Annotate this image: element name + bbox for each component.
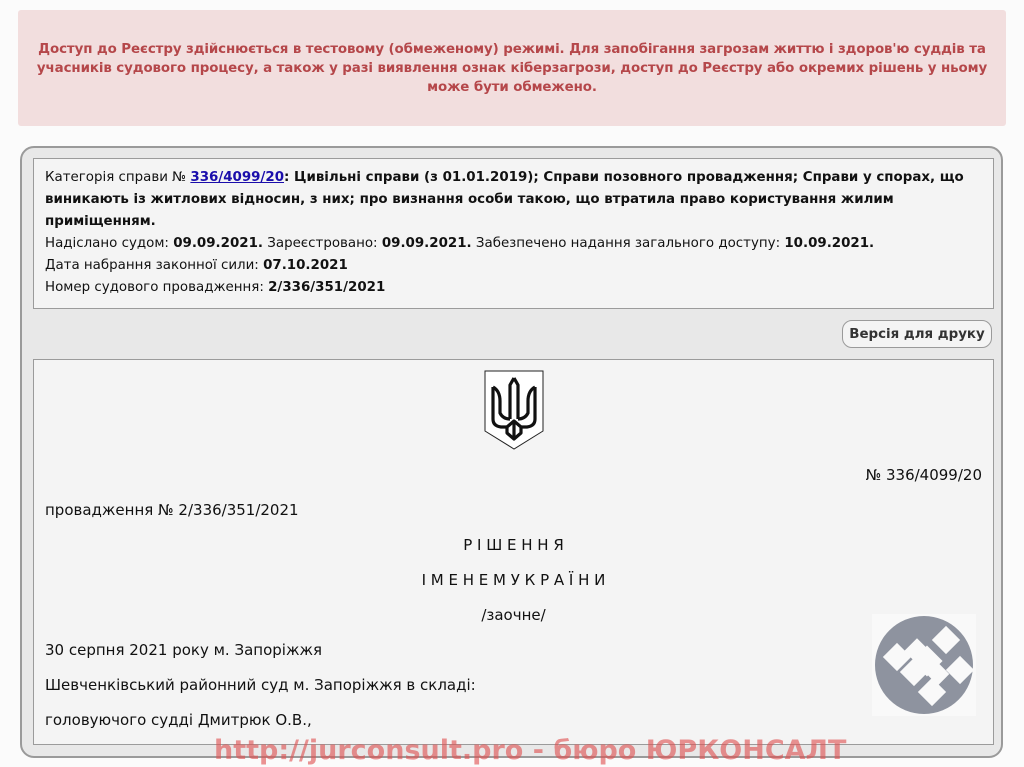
- trident-coat-of-arms-icon: [483, 369, 545, 451]
- category-label: Категорія справи №: [45, 170, 190, 185]
- print-version-button[interactable]: Версія для друку: [842, 320, 992, 348]
- case-number-link[interactable]: 336/4099/20: [190, 170, 284, 185]
- case-category: Категорія справи № 336/4099/20: Цивільні…: [45, 167, 982, 233]
- access-date: 10.09.2021.: [784, 236, 874, 251]
- watermark-text: http://jurconsult.pro - бюро ЮРКОНСАЛТ: [214, 733, 846, 767]
- document-judge: головуючого судді Дмитрюк О.В.,: [45, 711, 312, 729]
- document-case-number: № 336/4099/20: [866, 466, 982, 484]
- document-title: Р І Ш Е Н Н Я: [34, 536, 993, 554]
- access-notice-banner: Доступ до Реєстру здійснюється в тестово…: [18, 10, 1006, 126]
- registered-label: Зареєстровано:: [263, 236, 382, 251]
- dates-line: Надіслано судом: 09.09.2021. Зареєстрова…: [45, 233, 982, 255]
- effective-date: 07.10.2021: [263, 258, 348, 273]
- registered-date: 09.09.2021.: [382, 236, 472, 251]
- document-court: Шевченківський районний суд м. Запоріжжя…: [45, 676, 476, 694]
- document-subtitle: І М Е Н Е М У К Р А Ї Н И: [34, 571, 993, 589]
- sent-label: Надіслано судом:: [45, 236, 173, 251]
- document-date-place: 30 серпня 2021 року м. Запоріжжя: [45, 641, 322, 659]
- jurconsult-logo-icon: [872, 614, 976, 716]
- decision-document: № 336/4099/20 провадження № 2/336/351/20…: [33, 359, 994, 745]
- proceeding-number-line: Номер судового провадження: 2/336/351/20…: [45, 277, 982, 299]
- document-proceeding: провадження № 2/336/351/2021: [45, 501, 299, 519]
- proceeding-label: Номер судового провадження:: [45, 280, 268, 295]
- decision-container: Категорія справи № 336/4099/20: Цивільні…: [20, 146, 1003, 758]
- document-type: /заочне/: [34, 606, 993, 624]
- effective-label: Дата набрання законної сили:: [45, 258, 263, 273]
- proceeding-number: 2/336/351/2021: [268, 280, 385, 295]
- sent-date: 09.09.2021.: [173, 236, 263, 251]
- access-notice-text: Доступ до Реєстру здійснюється в тестово…: [34, 40, 990, 97]
- case-info-box: Категорія справи № 336/4099/20: Цивільні…: [33, 158, 994, 309]
- access-label: Забезпечено надання загального доступу:: [472, 236, 785, 251]
- effective-date-line: Дата набрання законної сили: 07.10.2021: [45, 255, 982, 277]
